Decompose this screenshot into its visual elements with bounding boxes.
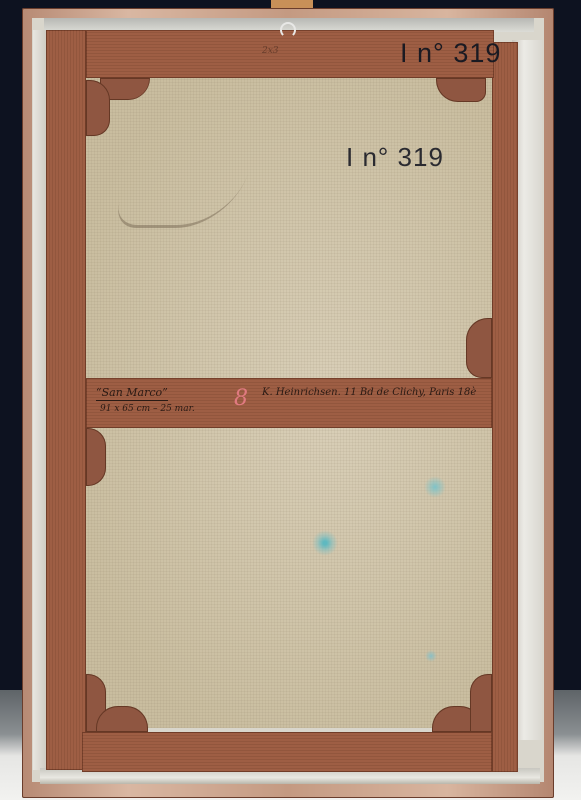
corner-key — [86, 80, 110, 136]
corner-key — [470, 674, 492, 732]
corner-key — [466, 318, 492, 378]
blue-stain — [312, 530, 338, 556]
faint-inscription: 2x3 — [262, 46, 279, 56]
inventory-number-canvas: I n° 319 — [346, 142, 444, 173]
stretcher-left — [46, 30, 86, 770]
hanging-hook-icon — [280, 22, 296, 38]
corner-key — [86, 428, 106, 486]
stretcher-right — [492, 42, 518, 772]
painting-dimensions: 91 x 65 cm – 25 mar. — [100, 404, 195, 414]
artist-address: K. Heinrichsen. 11 Bd de Clichy, Paris 1… — [262, 387, 476, 398]
inventory-number-top-bar: I n° 319 — [400, 38, 501, 69]
stretcher-bottom — [82, 732, 492, 772]
painting-title: “San Marco” — [96, 386, 168, 401]
red-crayon-mark: 8 — [234, 386, 248, 411]
blue-stain — [424, 476, 446, 498]
blue-stain — [425, 650, 437, 662]
